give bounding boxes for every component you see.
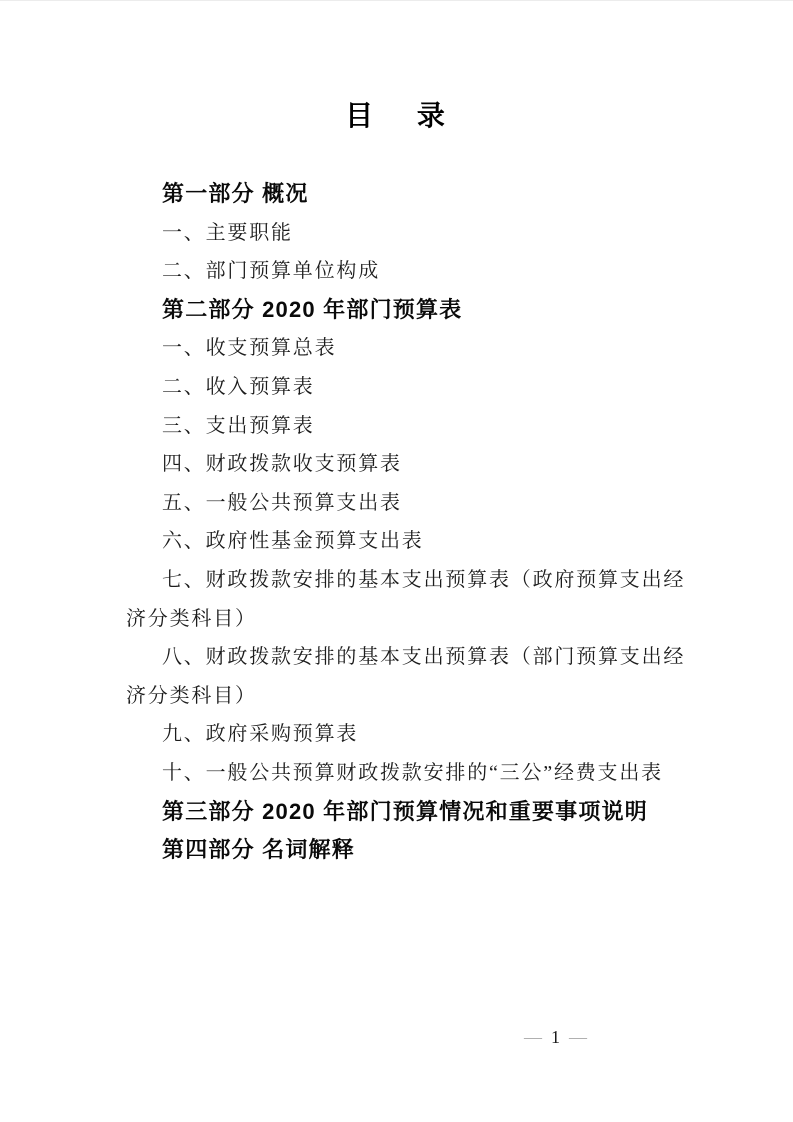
document-page: 目 录 第一部分 概况 一、主要职能 二、部门预算单位构成 第二部分 2020 … [0,0,793,1122]
toc-item-government-fund-expenditure: 六、政府性基金预算支出表 [126,522,712,561]
toc-item-basic-expenditure-dept-line2: 济分类科目） [126,677,712,716]
toc-item-expenditure-budget: 三、支出预算表 [126,407,712,446]
toc-heading-part3: 第三部分 2020 年部门预算情况和重要事项说明 [126,793,712,832]
toc-item-basic-expenditure-gov-line2: 济分类科目） [126,600,712,639]
page-number: — 1 — [524,1027,587,1047]
table-of-contents: 第一部分 概况 一、主要职能 二、部门预算单位构成 第二部分 2020 年部门预… [126,175,712,870]
toc-item-three-public-funds: 十、一般公共预算财政拨款安排的“三公”经费支出表 [126,754,712,793]
page-number-dash-left: — [524,1027,542,1047]
toc-item-budget-unit-composition: 二、部门预算单位构成 [126,252,712,291]
toc-item-revenue-expenditure-summary: 一、收支预算总表 [126,329,712,368]
toc-heading-part4: 第四部分 名词解释 [126,831,712,870]
toc-heading-part2: 第二部分 2020 年部门预算表 [126,291,712,330]
toc-item-basic-expenditure-dept-line1: 八、财政拨款安排的基本支出预算表（部门预算支出经 [126,638,712,677]
toc-heading-part1: 第一部分 概况 [126,175,712,214]
toc-item-basic-expenditure-gov-line1: 七、财政拨款安排的基本支出预算表（政府预算支出经 [126,561,712,600]
page-title: 目 录 [0,95,793,137]
toc-item-main-duties: 一、主要职能 [126,214,712,253]
toc-item-revenue-budget: 二、收入预算表 [126,368,712,407]
toc-item-general-public-expenditure: 五、一般公共预算支出表 [126,484,712,523]
page-number-dash-right: — [569,1027,587,1047]
toc-item-government-procurement: 九、政府采购预算表 [126,715,712,754]
page-number-value: 1 [551,1027,560,1047]
toc-item-fiscal-appropriation-budget: 四、财政拨款收支预算表 [126,445,712,484]
